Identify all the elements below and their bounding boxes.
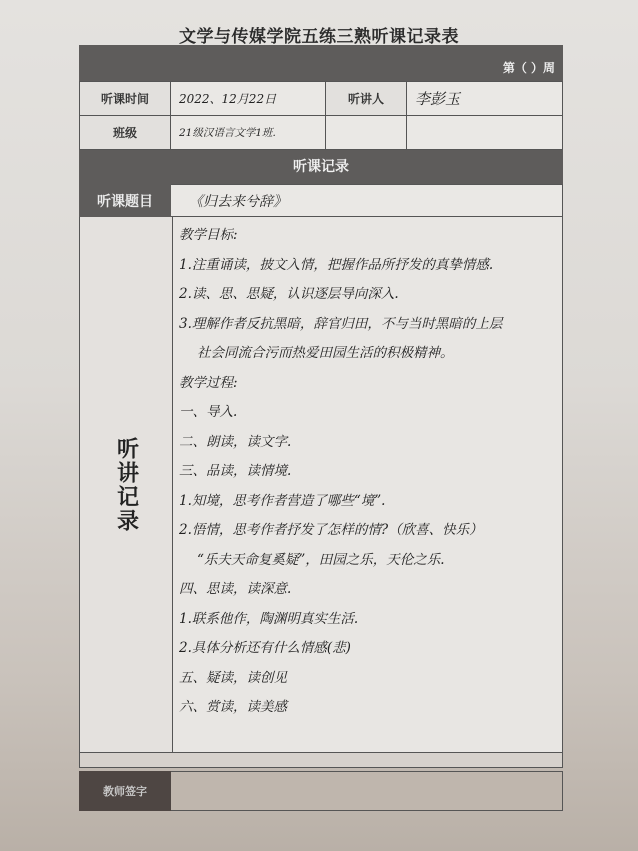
note-line: 1.联系他作，陶渊明真实生活. [179, 605, 562, 635]
topic-row: 听课题目 《归去来兮辞》 [79, 184, 563, 217]
note-line: 三、品读，读情境. [179, 457, 562, 487]
note-line: 2.读、思、思疑，认识逐层导向深入. [179, 280, 562, 310]
class-label: 班级 [80, 116, 171, 150]
note-line: 五、疑读，读创见 [179, 664, 562, 694]
lecturer-value[interactable]: 李彭玉 [407, 82, 563, 116]
record-section-header: 听课记录 [79, 150, 563, 184]
notes-content[interactable]: 教学目标: 1.注重诵读，披文入情，把握作品所抒发的真挚情感. 2.读、思、思疑… [173, 217, 563, 753]
note-line: 六、赏读，读美感 [179, 693, 562, 723]
lesson-record-form: 第（ ）周 听课时间 2022、12月22日 听讲人 李彭玉 班级 21级汉语言… [79, 45, 563, 811]
lecturer-label: 听讲人 [326, 82, 407, 116]
note-line: 教学过程: [179, 369, 562, 399]
note-line: 二、朗读，读文字. [179, 428, 562, 458]
info-table: 听课时间 2022、12月22日 听讲人 李彭玉 班级 21级汉语言文学1班. [79, 81, 563, 150]
signature-label: 教师签字 [79, 771, 171, 811]
week-header-bar: 第（ ）周 [79, 45, 563, 81]
signature-field[interactable] [171, 771, 563, 811]
note-line: 3.理解作者反抗黑暗，辞官归田，不与当时黑暗的上层 [179, 310, 562, 340]
note-line: 教学目标: [179, 221, 562, 251]
topic-value[interactable]: 《归去来兮辞》 [171, 184, 563, 217]
notes-row: 听讲记录 教学目标: 1.注重诵读，披文入情，把握作品所抒发的真挚情感. 2.读… [79, 217, 563, 753]
note-line: 1.注重诵读，披文入情，把握作品所抒发的真挚情感. [179, 251, 562, 281]
class-value[interactable]: 21级汉语言文学1班. [171, 116, 326, 150]
empty-cell-1[interactable] [326, 116, 407, 150]
note-line: 2.悟情，思考作者抒发了怎样的情?（欣喜、快乐） [179, 516, 562, 546]
spacer-row [79, 753, 563, 768]
form-title: 文学与传媒学院五练三熟听课记录表 [0, 22, 638, 47]
time-label: 听课时间 [80, 82, 171, 116]
week-label: 第（ ）周 [503, 59, 555, 76]
note-line: 2.具体分析还有什么情感(悲) [179, 634, 562, 664]
notes-label-cell: 听讲记录 [79, 217, 173, 753]
note-line: “乐夫天命复奚疑”，田园之乐，天伦之乐. [179, 546, 562, 576]
note-line: 社会同流合污而热爱田园生活的积极精神。 [179, 339, 562, 369]
note-line: 四、思读，读深意. [179, 575, 562, 605]
notes-label: 听讲记录 [111, 437, 142, 533]
note-line: 1.知境，思考作者营造了哪些“境”. [179, 487, 562, 517]
topic-label: 听课题目 [79, 184, 171, 217]
note-line: 一、导入. [179, 398, 562, 428]
empty-cell-2[interactable] [407, 116, 563, 150]
signature-row: 教师签字 [79, 771, 563, 811]
time-value[interactable]: 2022、12月22日 [171, 82, 326, 116]
